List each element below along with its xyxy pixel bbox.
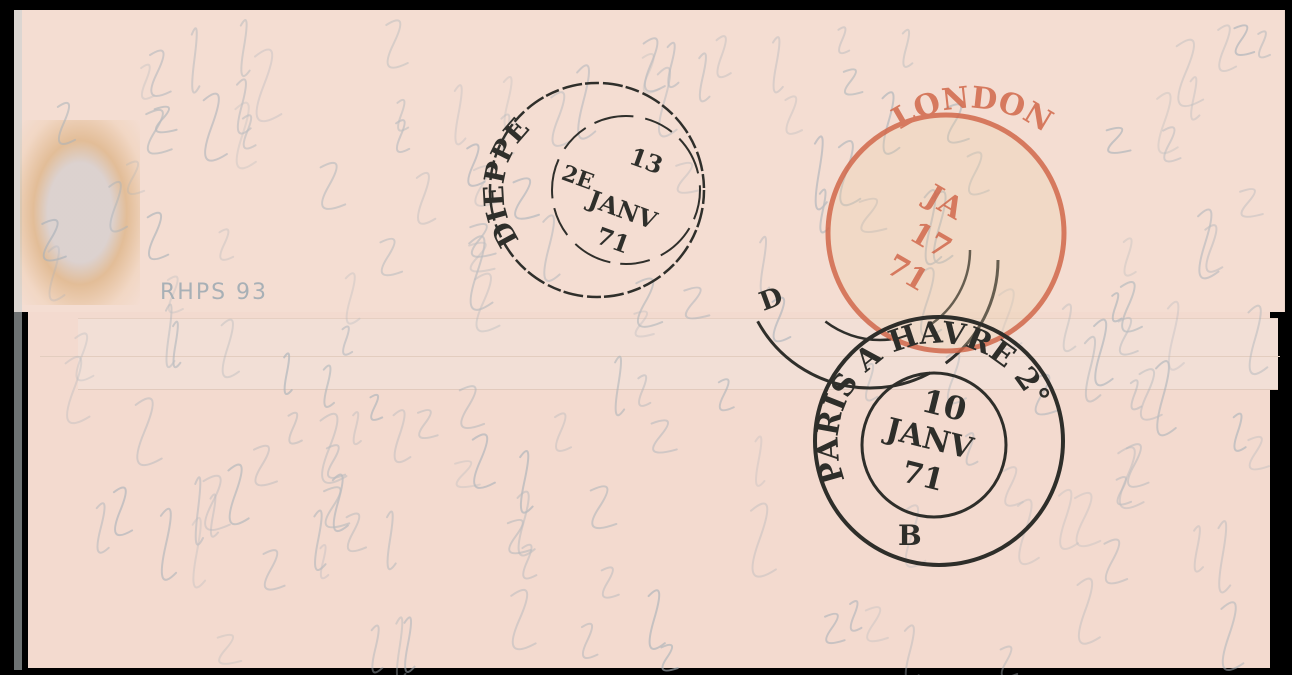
postmark-london: LONDON JA 17 71: [828, 80, 1064, 351]
svg-text:DIEPPE: DIEPPE: [477, 112, 536, 253]
paris-year: 71: [898, 455, 947, 499]
postmarks: DIEPPE 2E 13 JANV 71 D LONDON JA 17 71: [0, 0, 1292, 675]
paris-bureau-letter: B: [898, 519, 922, 552]
partial-letter: D: [755, 282, 786, 318]
dieppe-day: 13: [626, 141, 667, 180]
postmark-dieppe: DIEPPE 2E 13 JANV 71: [477, 83, 704, 297]
dieppe-town: DIEPPE: [477, 112, 536, 253]
letter-cover: RHPS 93 DIEPPE 2E 13 JANV 71 D LONDON: [0, 0, 1292, 675]
